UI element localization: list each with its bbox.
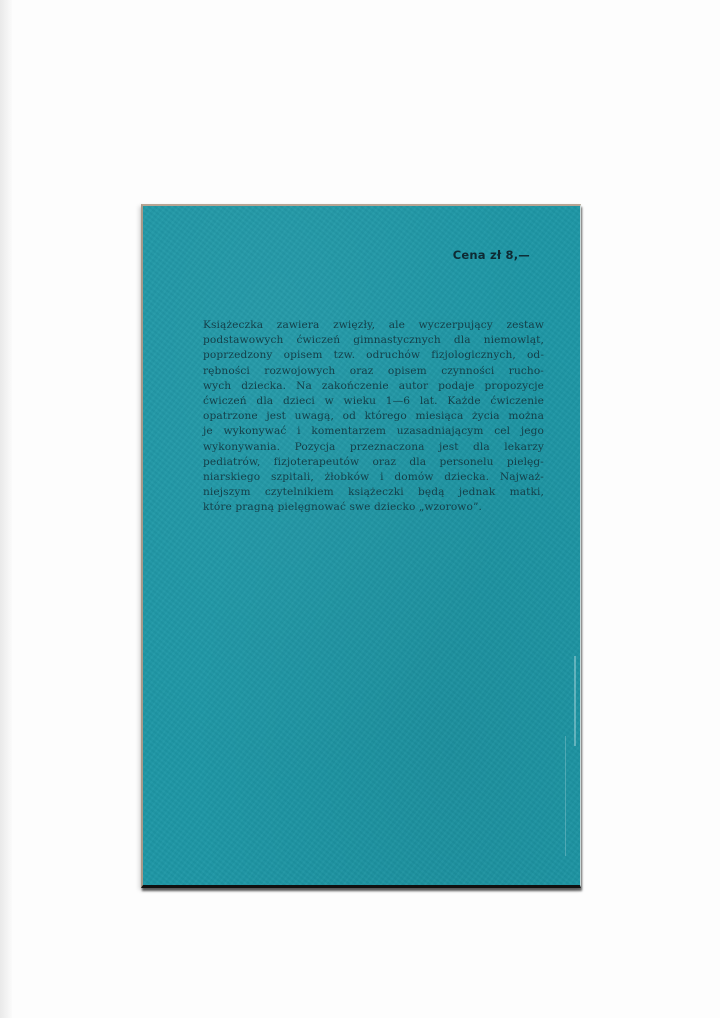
- description-line: poprzedzony opisem tzw. odruchów fizjolo…: [203, 348, 544, 363]
- book-back-cover: Cena zł 8,— Książeczka zawiera zwięzły, …: [141, 204, 581, 888]
- description-line: Książeczka zawiera zwięzły, ale wyczerpu…: [203, 318, 544, 333]
- description-line: wykonywania. Pozycja przeznaczona jest d…: [203, 440, 544, 455]
- cover-wear-mark: [574, 656, 576, 746]
- description-line: wych dziecka. Na zakończenie autor podaj…: [203, 379, 544, 394]
- description-line: je wykonywać i komentarzem uzasadniający…: [203, 424, 544, 439]
- cover-wear-mark: [565, 736, 566, 856]
- description-line: opatrzone jest uwagą, od którego miesiąc…: [203, 409, 544, 424]
- price-label: Cena zł 8,—: [453, 248, 530, 262]
- description-line: niarskiego szpitali, żłobków i domów dzi…: [203, 470, 544, 485]
- description-line: pediatrów, fizjoterapeutów oraz dla pers…: [203, 455, 544, 470]
- description-text: Książeczka zawiera zwięzły, ale wyczerpu…: [203, 318, 544, 516]
- description-line: ćwiczeń dla dzieci w wieku 1—6 lat. Każd…: [203, 394, 544, 409]
- description-line: rębności rozwojowych oraz opisem czynnoś…: [203, 364, 544, 379]
- description-line: które pragną pielęgnować swe dziecko „wz…: [203, 500, 544, 515]
- description-line: niejszym czytelnikiem książeczki będą je…: [203, 485, 544, 500]
- description-line: podstawowych ćwiczeń gimnastycznych dla …: [203, 333, 544, 348]
- scan-edge-shadow: [0, 0, 12, 1018]
